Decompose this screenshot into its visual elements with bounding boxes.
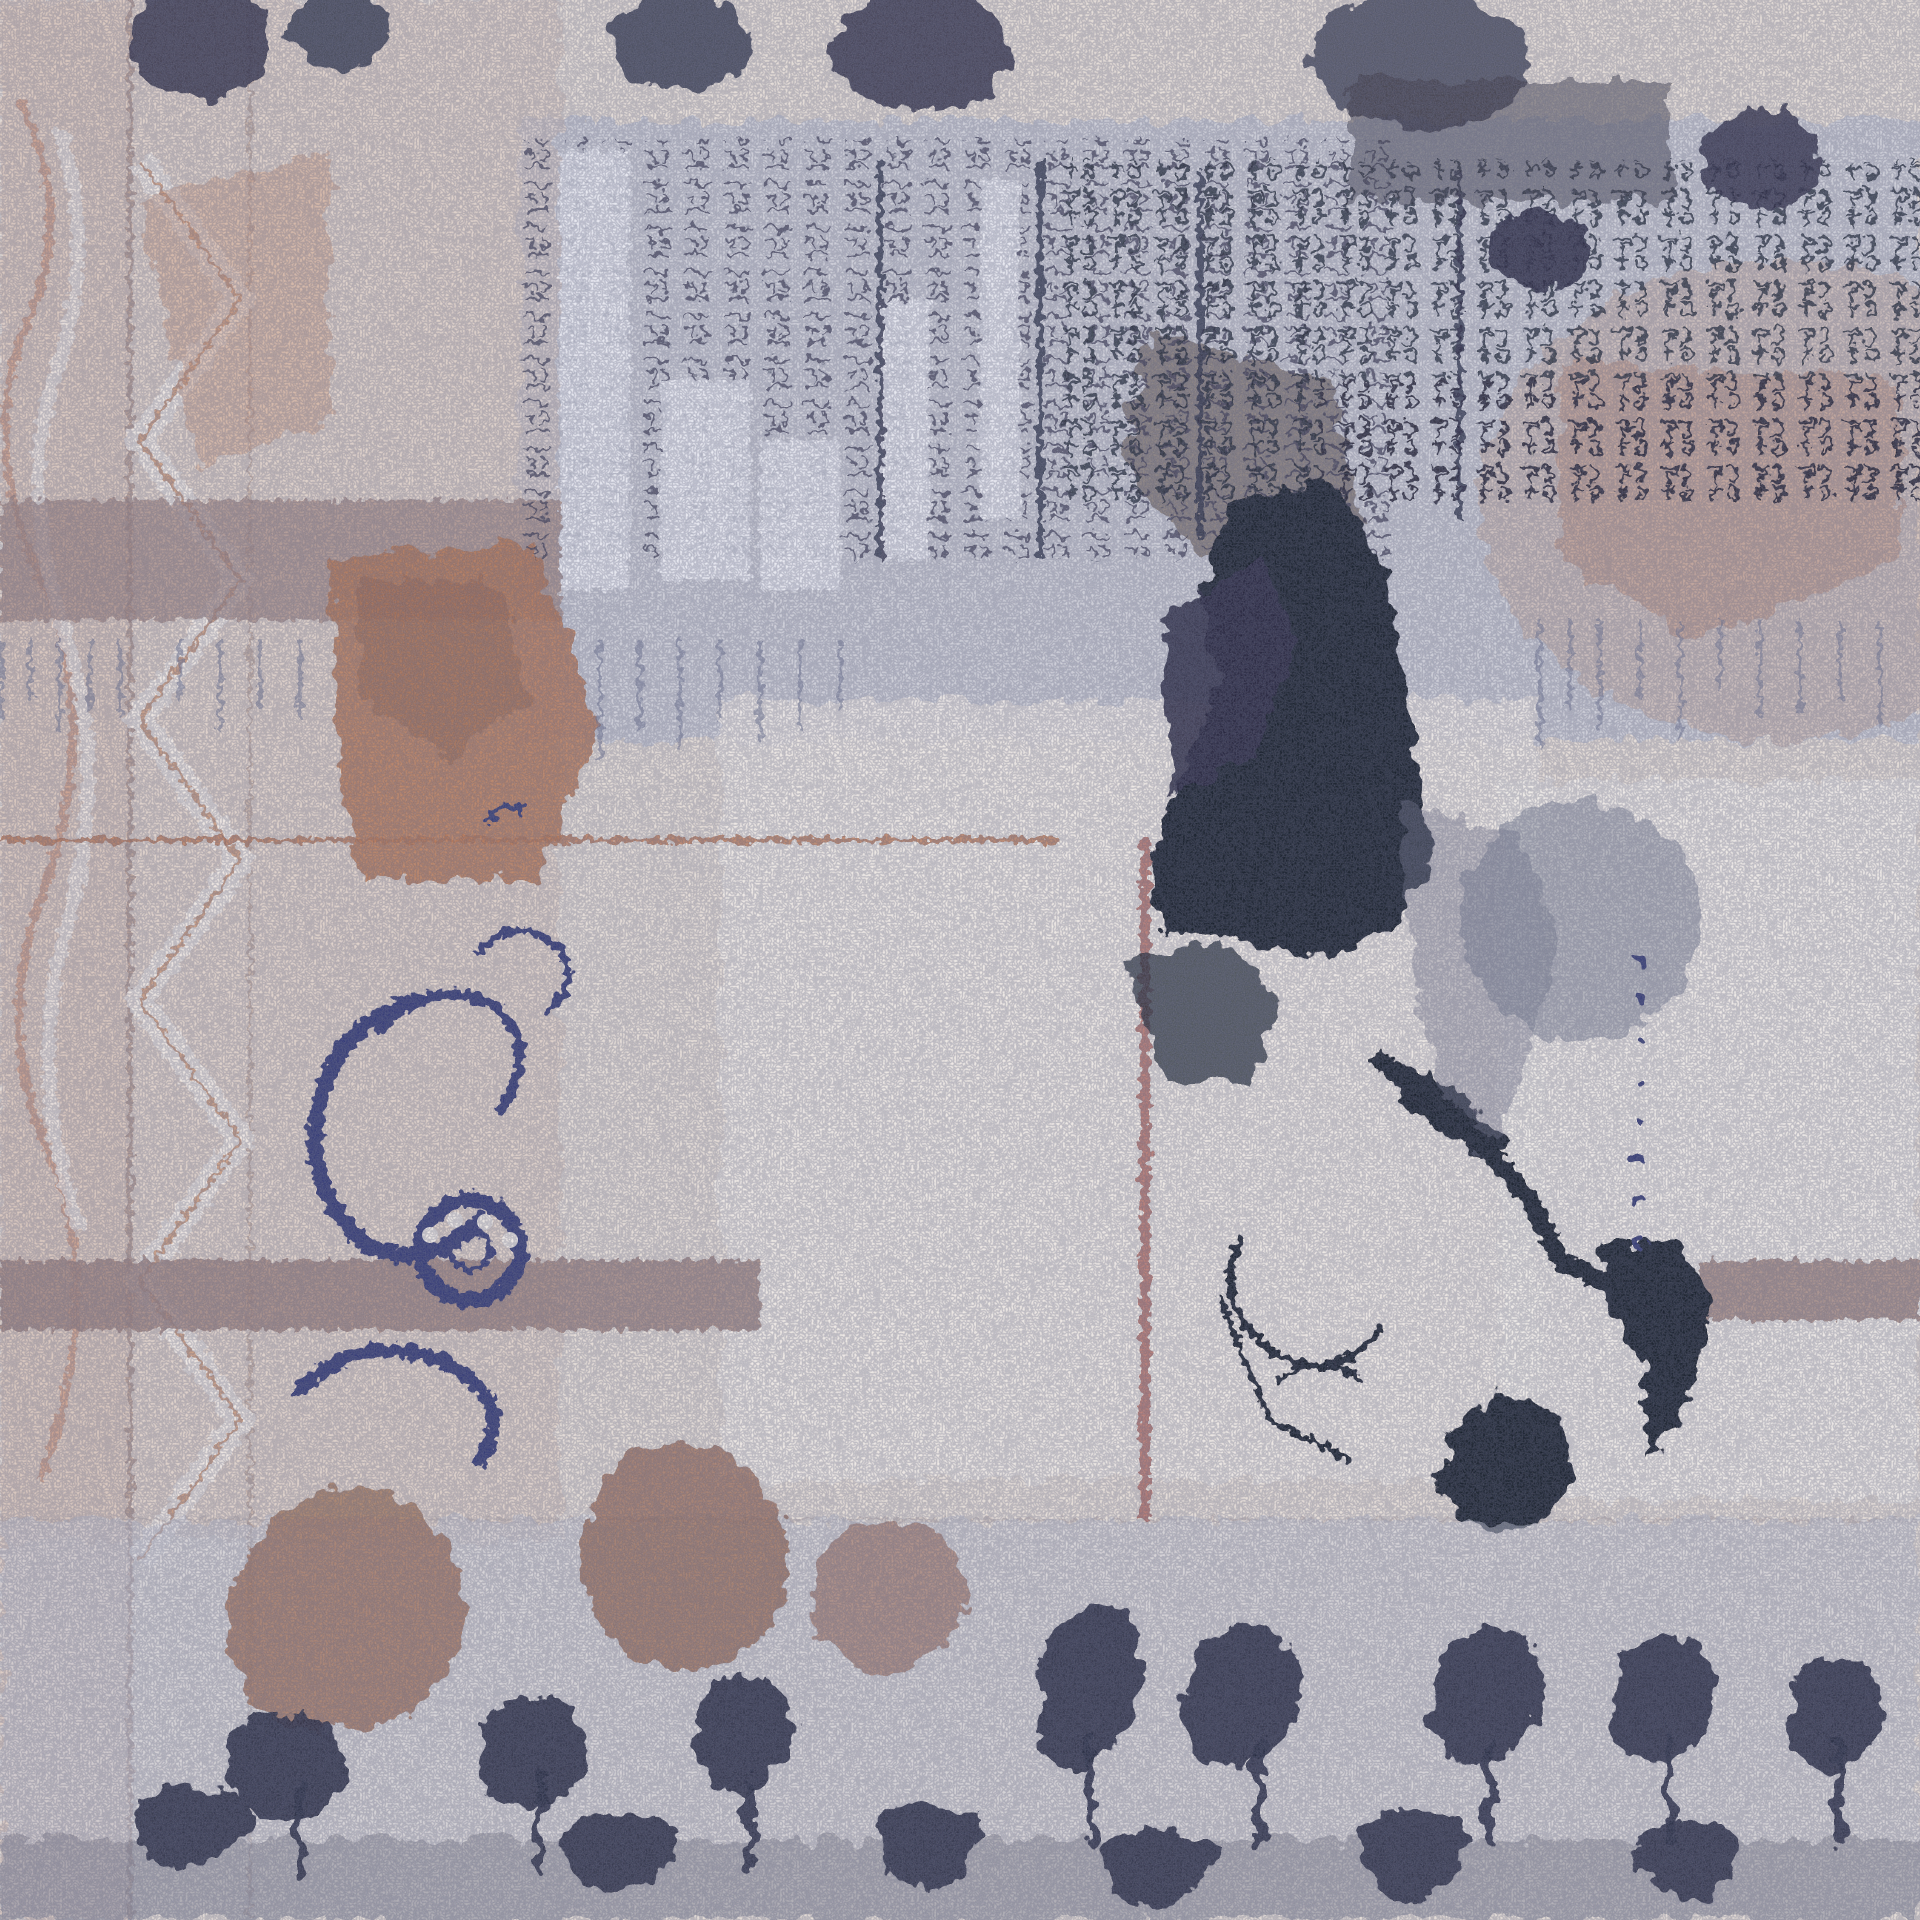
color-grain-overlay <box>0 0 1920 1920</box>
collage-artwork <box>0 0 1920 1920</box>
artwork-canvas: Abstract mixed-media collage with distre… <box>0 0 1920 1920</box>
